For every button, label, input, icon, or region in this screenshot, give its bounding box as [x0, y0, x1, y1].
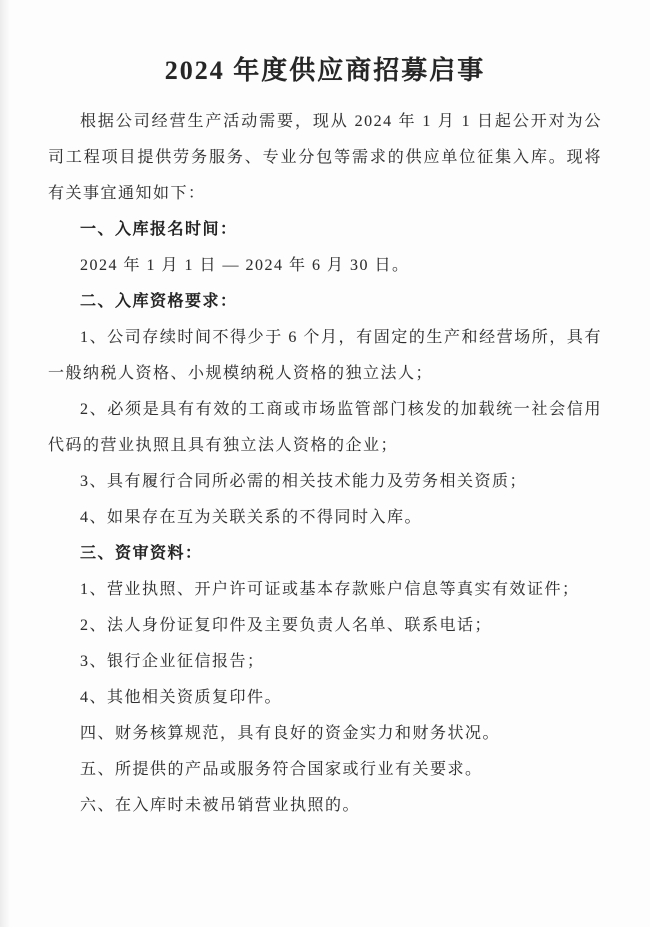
paragraph: 六、在入库时未被吊销营业执照的。 [48, 788, 602, 824]
paragraph: 四、财务核算规范，具有良好的资金实力和财务状况。 [48, 716, 602, 752]
paragraph: 2024 年 1 月 1 日 — 2024 年 6 月 30 日。 [48, 248, 602, 284]
paragraph: 4、其他相关资质复印件。 [48, 680, 602, 716]
section-heading: 二、入库资格要求： [48, 284, 602, 320]
document-page: 2024 年度供应商招募启事 根据公司经营生产活动需要，现从 2024 年 1 … [0, 0, 650, 927]
paragraph: 1、公司存续时间不得少于 6 个月，有固定的生产和经营场所，具有一般纳税人资格、… [48, 320, 602, 392]
paragraph: 1、营业执照、开户许可证或基本存款账户信息等真实有效证件； [48, 572, 602, 608]
paragraph: 五、所提供的产品或服务符合国家或行业有关要求。 [48, 752, 602, 788]
paragraph: 2、法人身份证复印件及主要负责人名单、联系电话； [48, 608, 602, 644]
paragraph: 3、银行企业征信报告； [48, 644, 602, 680]
document-body: 根据公司经营生产活动需要，现从 2024 年 1 月 1 日起公开对为公司工程项… [48, 104, 602, 824]
paragraph: 2、必须是具有有效的工商或市场监管部门核发的加载统一社会信用代码的营业执照且具有… [48, 392, 602, 464]
paragraph: 3、具有履行合同所必需的相关技术能力及劳务相关资质； [48, 464, 602, 500]
paragraph: 4、如果存在互为关联关系的不得同时入库。 [48, 500, 602, 536]
section-heading: 一、入库报名时间： [48, 212, 602, 248]
section-heading: 三、资审资料： [48, 536, 602, 572]
paragraph: 根据公司经营生产活动需要，现从 2024 年 1 月 1 日起公开对为公司工程项… [48, 104, 602, 212]
document-title: 2024 年度供应商招募启事 [48, 50, 602, 92]
